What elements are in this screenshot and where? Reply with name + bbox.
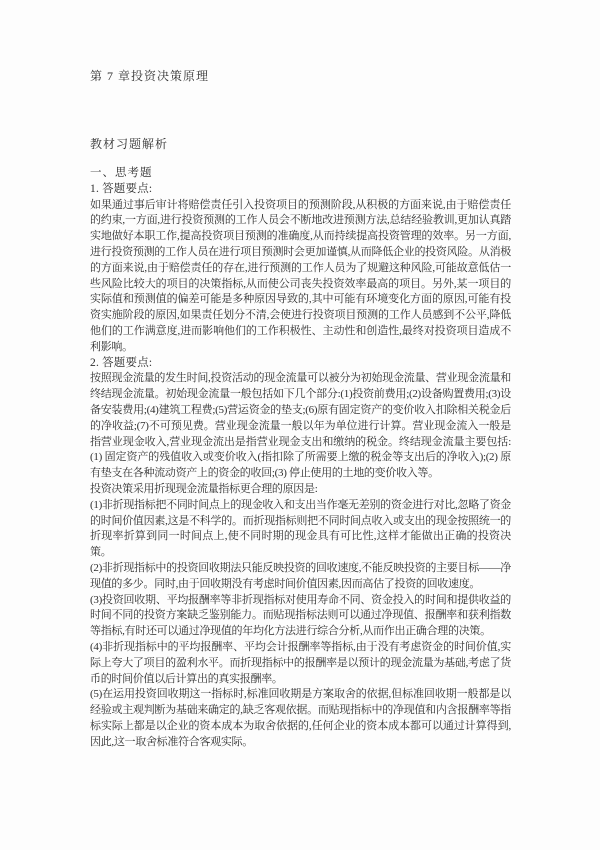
subsection-heading: 一、思考题: [90, 166, 511, 182]
question-2-paragraph-reason-1: (1)非折现指标把不同时间点上的现金收入和支出当作毫无差别的资金进行对比,忽略了…: [90, 498, 511, 561]
document-page: 第 7 章投资决策原理 教材习题解析 一、思考题 1. 答题要点: 如果通过事后…: [0, 0, 600, 850]
section-heading: 教材习题解析: [90, 136, 511, 152]
question-1-label: 1. 答题要点:: [90, 182, 511, 198]
question-2-paragraph-reason-4: (4)非折现指标中的平均报酬率、平均会计报酬率等指标,由于没有考虑资金的时间价值…: [90, 640, 511, 687]
chapter-title: 第 7 章投资决策原理: [90, 0, 511, 84]
question-2-paragraph-reason-intro: 投资决策采用折现现金流量指标更合理的原因是:: [90, 482, 511, 498]
question-2-label: 2. 答题要点:: [90, 356, 511, 372]
question-1-paragraph: 如果通过事后审计将赔偿责任引入投资项目的预测阶段,从积极的方面来说,由于赔偿责任…: [90, 198, 511, 356]
question-2-paragraph-reason-2: (2)非折现指标中的投资回收期法只能反映投资的回收速度,不能反映投资的主要目标—…: [90, 561, 511, 593]
question-2-paragraph-reason-5: (5)在运用投资回收期这一指标时,标准回收期是方案取舍的依据,但标准回收期一般都…: [90, 687, 511, 750]
document-content: 第 7 章投资决策原理 教材习题解析 一、思考题 1. 答题要点: 如果通过事后…: [90, 0, 511, 750]
question-2-paragraph-cashflow: 按照现金流量的发生时间,投资活动的现金流量可以被分为初始现金流量、营业现金流量和…: [90, 371, 511, 482]
question-2-paragraph-reason-3: (3)投资回收期、平均报酬率等非折现指标对使用寿命不同、资金投入的时间和提供收益…: [90, 593, 511, 640]
